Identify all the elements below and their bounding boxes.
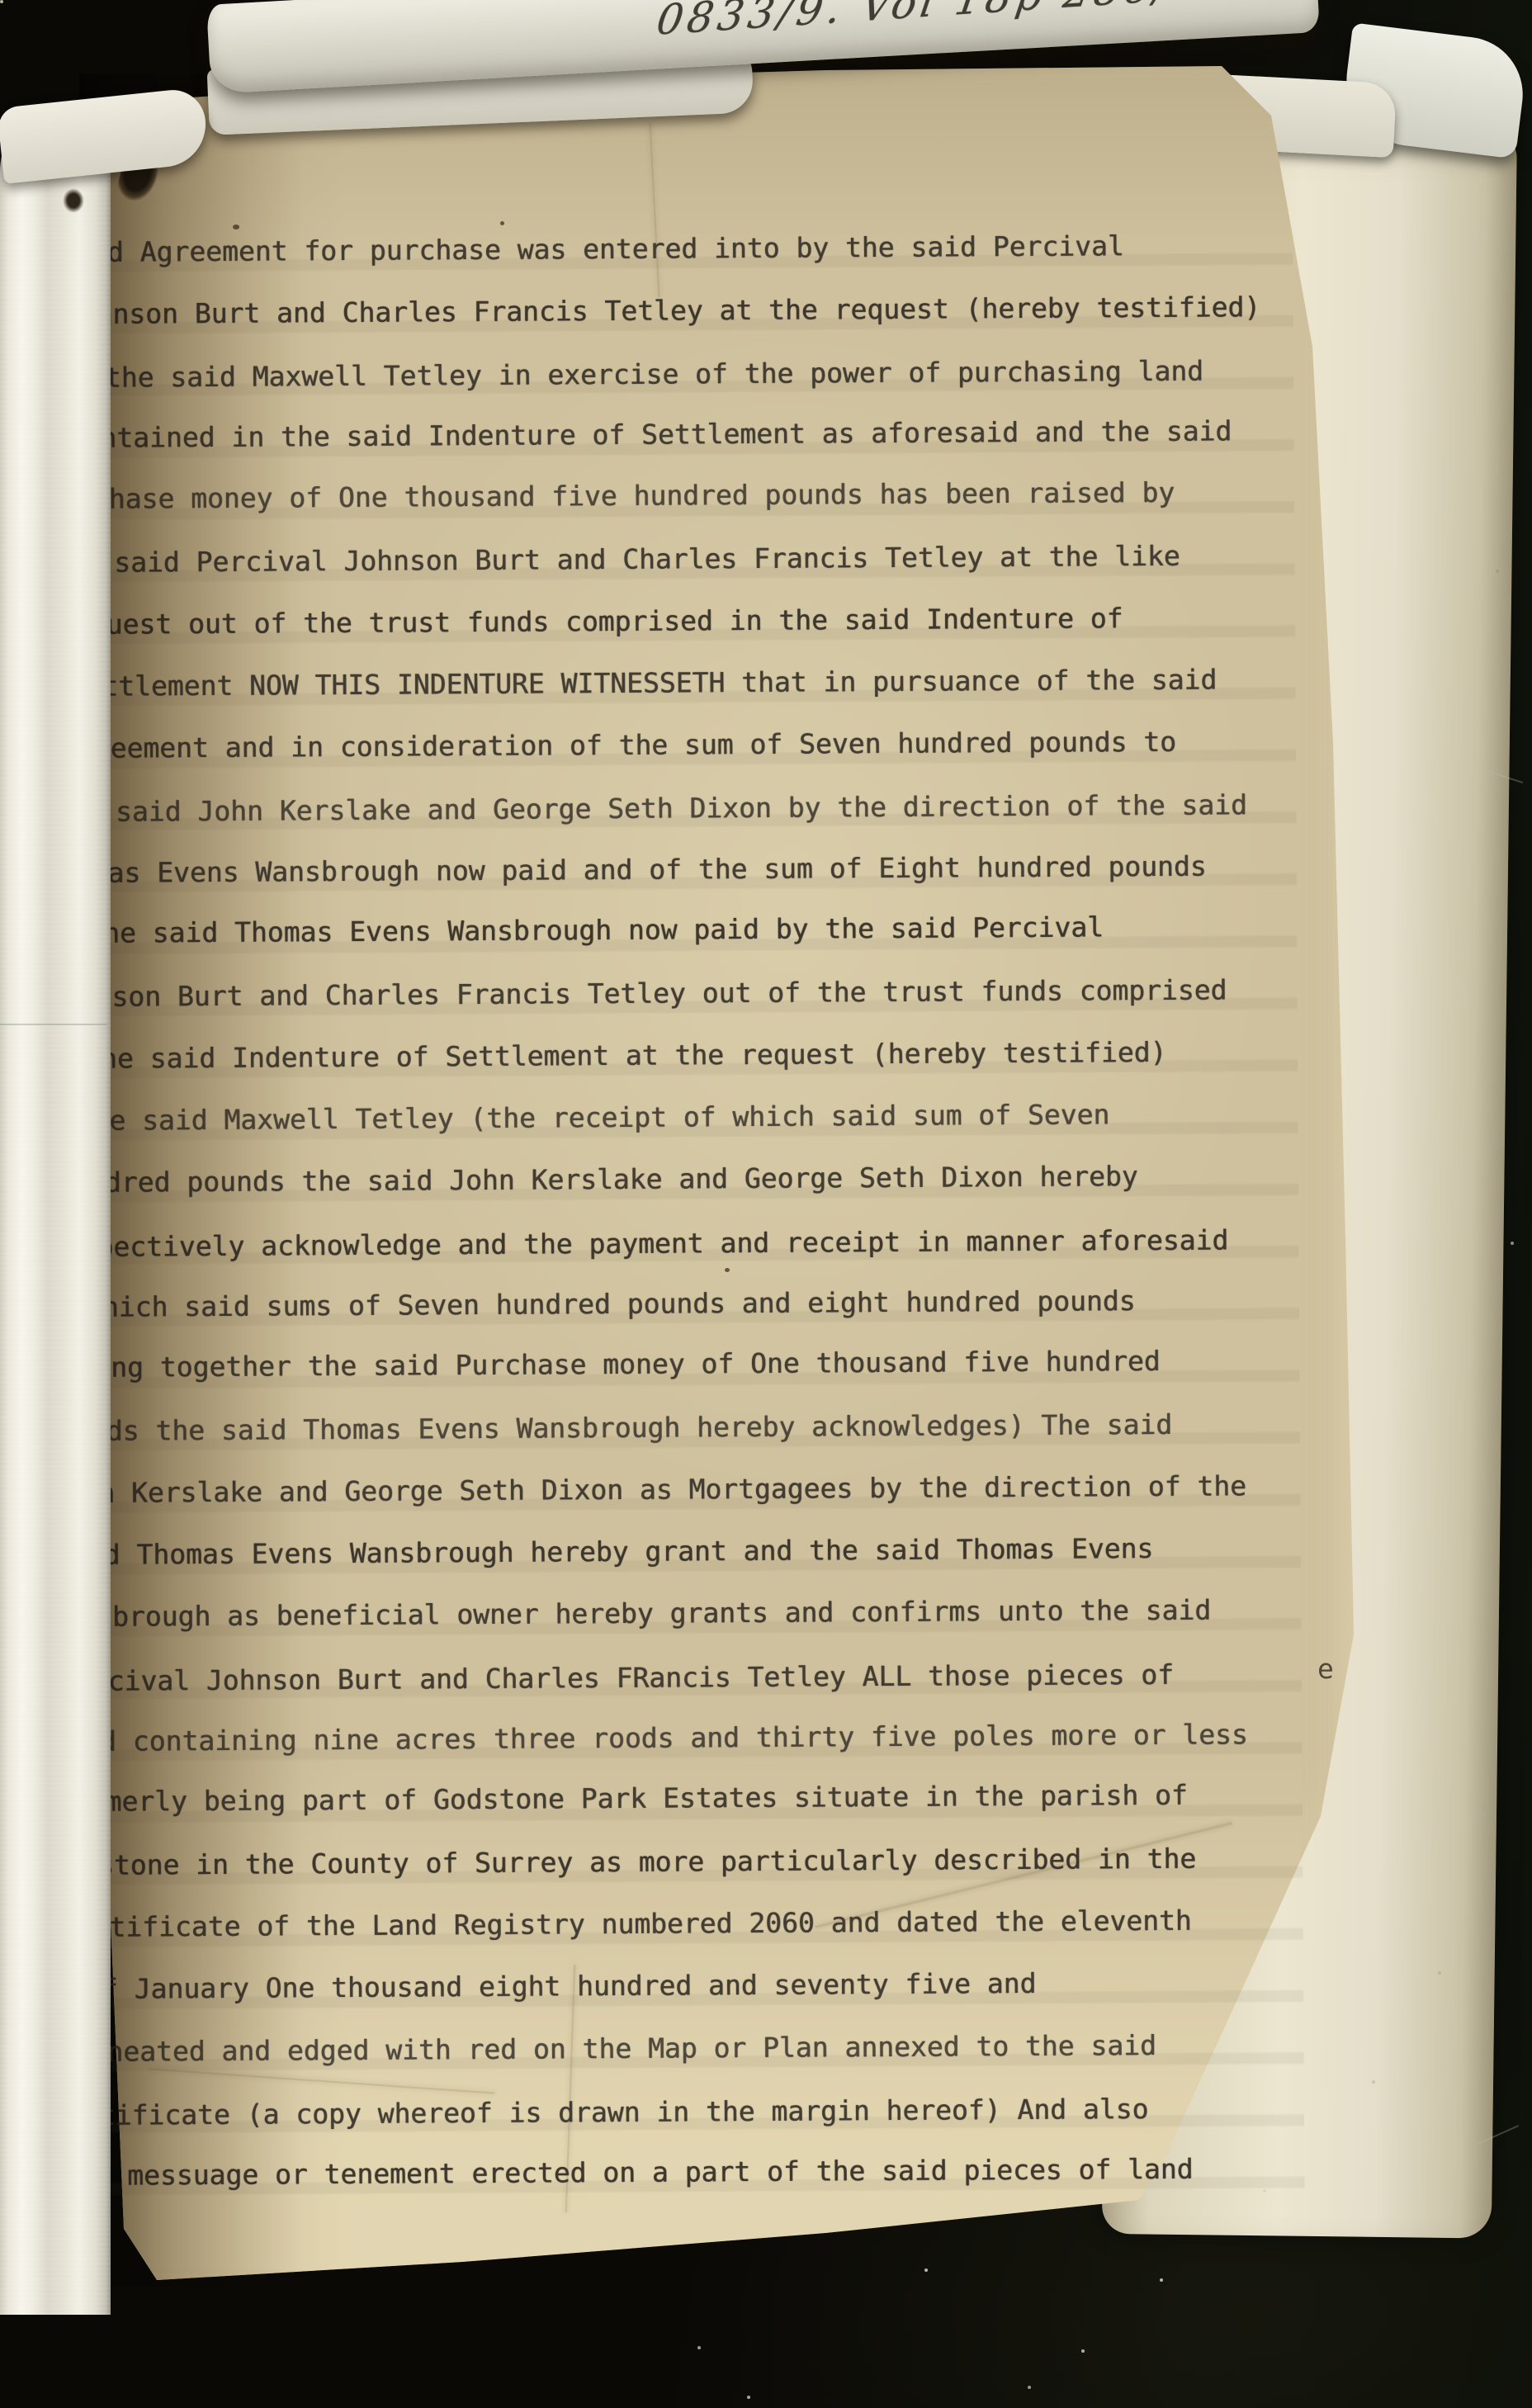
typed-line: greement and in consideration of the sum… (78, 710, 1296, 779)
typed-line: aid Agreement for purchase was entered i… (74, 214, 1293, 283)
marginal-character: e (1317, 1653, 1334, 1685)
typed-line: nd containing nine acres three roods and… (83, 1703, 1302, 1772)
photographed-document-scene: aid Agreement for purchase was entered i… (0, 0, 1532, 2408)
dust-specks (0, 0, 3, 3)
typed-line: ineated and edged with red on the Map or… (90, 2013, 1303, 2082)
typed-text-block: aid Agreement for purchase was entered i… (71, 214, 1305, 2207)
page-hole (63, 188, 84, 213)
binding-cloth-edge (0, 122, 111, 2315)
typed-line: ettlement NOW THIS INDENTURE WITNESSETH … (85, 648, 1295, 717)
typed-line: spectively acknowledge and the payment a… (80, 1208, 1298, 1277)
typed-line: dstone in the County of Surrey as more p… (81, 1827, 1303, 1896)
typed-line: the said Thomas Evens Wansbrough now pai… (87, 895, 1297, 964)
typed-line: hnson Burt and Charles Francis Tetley ou… (79, 958, 1298, 1028)
handwritten-annotation: 0833/9. Vol 18p 286/Vol a (654, 0, 1299, 45)
typed-line: e said John Kerslake and George Seth Dix… (83, 773, 1296, 843)
typed-line: hn Kerslake and George Seth Dixon as Mor… (82, 1455, 1300, 1524)
typed-line: the said Maxwell Tetley (the receipt of … (76, 1082, 1298, 1152)
binding-cloth-seam (0, 1024, 107, 1025)
ink-speck (725, 1268, 730, 1272)
typed-line: nds the said Thomas Evens Wansbrough her… (90, 1393, 1300, 1462)
typed-line: rtificate of the Land Registry numbered … (92, 1889, 1303, 1958)
ink-speck (500, 221, 504, 225)
typed-line: rchase money of One thousand five hundre… (76, 461, 1294, 530)
typed-line: e said Percival Johnson Burt and Charles… (81, 524, 1294, 594)
typed-line: ontained in the said Indenture of Settle… (83, 400, 1293, 469)
typed-line: omas Evens Wansbrough now paid and of th… (75, 835, 1297, 904)
typed-line: rcival Johnson Burt and Charles FRancis … (92, 1643, 1302, 1712)
typed-line: id Thomas Evens Wansbrough hereby grant … (87, 1516, 1301, 1586)
typed-line: e messuage or tenement erected on a part… (94, 2137, 1304, 2207)
typed-line: rtificate (a copy whereof is drawn in th… (83, 2077, 1304, 2146)
typed-line: king together the said Purchase money of… (78, 1329, 1299, 1398)
typed-line: which said sums of Seven hundred pounds … (86, 1269, 1299, 1338)
typed-line: of January One thousand eight hundred an… (85, 1951, 1303, 2020)
typed-line: the said Indenture of Settlement at the … (84, 1020, 1298, 1090)
typed-line: f the said Maxwell Tetley in exercise of… (72, 339, 1293, 409)
typed-line: nsbrough as beneficial owner hereby gran… (79, 1578, 1301, 1648)
typed-line: rmerly being part of Godstone Park Estat… (88, 1763, 1302, 1833)
ink-speck (233, 225, 239, 229)
typed-line: equest out of the trust funds comprised … (73, 586, 1295, 655)
typed-line: ohnson Burt and Charles Francis Tetley a… (79, 276, 1293, 345)
typed-line: ndred pounds the said John Kerslake and … (88, 1144, 1298, 1213)
